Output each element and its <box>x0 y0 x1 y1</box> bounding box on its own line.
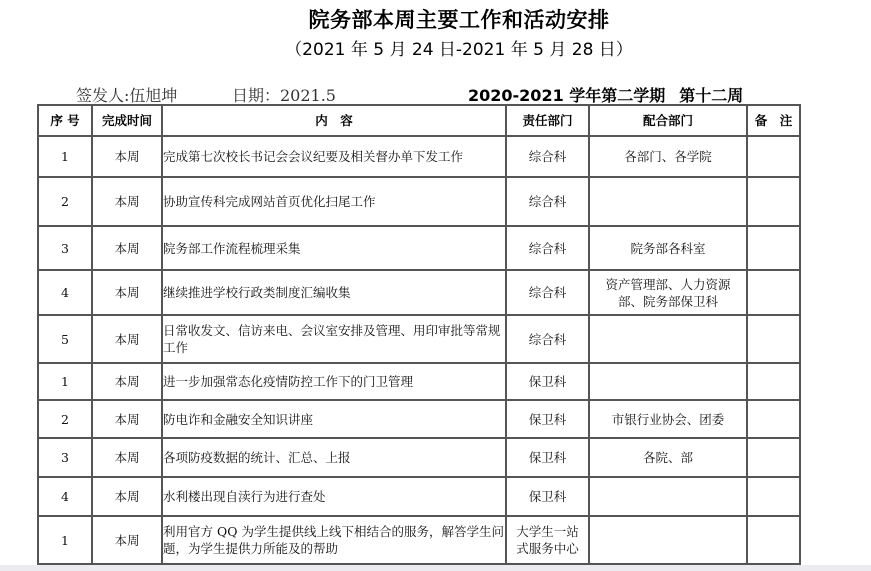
cell-num: 1 <box>38 136 92 177</box>
cell-note <box>747 315 800 363</box>
cell-note <box>747 516 800 564</box>
cell-num: 2 <box>38 400 92 438</box>
header-time: 完成时间 <box>92 105 162 136</box>
cell-coop: 院务部各科室 <box>589 226 747 270</box>
week-label: 第十二周 <box>679 86 743 105</box>
cell-note <box>747 177 800 226</box>
cell-time: 本周 <box>92 438 162 477</box>
cell-content: 进一步加强常态化疫情防控工作下的门卫管理 <box>162 363 506 400</box>
cell-dept: 综合科 <box>506 136 589 177</box>
cell-num: 1 <box>38 363 92 400</box>
table-row: 4 本周 水利楼出现自渎行为进行查处 保卫科 <box>38 477 800 516</box>
cell-coop: 各院、部 <box>589 438 747 477</box>
cell-coop <box>589 363 747 400</box>
cell-time: 本周 <box>92 363 162 400</box>
cell-num: 3 <box>38 226 92 270</box>
cell-note <box>747 270 800 315</box>
cell-num: 2 <box>38 177 92 226</box>
header-note: 备 注 <box>747 105 800 136</box>
document-title: 院务部本周主要工作和活动安排 <box>0 4 871 34</box>
cell-coop <box>589 516 747 564</box>
table-row: 1 本周 完成第七次校长书记会会议纪要及相关督办单下发工作 综合科 各部门、各学… <box>38 136 800 177</box>
cell-note <box>747 363 800 400</box>
table-row: 1 本周 进一步加强常态化疫情防控工作下的门卫管理 保卫科 <box>38 363 800 400</box>
term-week-label: 2020-2021 学年第二学期第十二周 <box>468 83 743 106</box>
cell-content: 协助宣传科完成网站首页优化扫尾工作 <box>162 177 506 226</box>
cell-dept: 综合科 <box>506 270 589 315</box>
term-label: 2020-2021 学年第二学期 <box>468 86 665 105</box>
table-row: 1 本周 利用官方 QQ 为学生提供线上线下相结合的服务，解答学生问题，为学生提… <box>38 516 800 564</box>
cell-content: 利用官方 QQ 为学生提供线上线下相结合的服务，解答学生问题，为学生提供力所能及… <box>162 516 506 564</box>
cell-dept: 综合科 <box>506 315 589 363</box>
cell-coop <box>589 315 747 363</box>
cell-time: 本周 <box>92 516 162 564</box>
cell-note <box>747 400 800 438</box>
cell-coop <box>589 177 747 226</box>
cell-content: 继续推进学校行政类制度汇编收集 <box>162 270 506 315</box>
cell-content: 水利楼出现自渎行为进行查处 <box>162 477 506 516</box>
cell-num: 4 <box>38 270 92 315</box>
cell-coop: 资产管理部、人力资源部、院务部保卫科 <box>589 270 747 315</box>
table-row: 3 本周 院务部工作流程梳理采集 综合科 院务部各科室 <box>38 226 800 270</box>
cell-num: 5 <box>38 315 92 363</box>
cell-coop <box>589 477 747 516</box>
cell-dept: 保卫科 <box>506 400 589 438</box>
cell-time: 本周 <box>92 477 162 516</box>
cell-coop: 市银行业协会、团委 <box>589 400 747 438</box>
cell-time: 本周 <box>92 226 162 270</box>
cell-num: 3 <box>38 438 92 477</box>
cell-time: 本周 <box>92 177 162 226</box>
table-row: 2 本周 协助宣传科完成网站首页优化扫尾工作 综合科 <box>38 177 800 226</box>
cell-note <box>747 477 800 516</box>
table-row: 3 本周 各项防疫数据的统计、汇总、上报 保卫科 各院、部 <box>38 438 800 477</box>
cell-content: 各项防疫数据的统计、汇总、上报 <box>162 438 506 477</box>
cell-dept: 大学生一站式服务中心 <box>506 516 589 564</box>
table-row: 2 本周 防电诈和金融安全知识讲座 保卫科 市银行业协会、团委 <box>38 400 800 438</box>
table-row: 5 本周 日常收发文、信访来电、会议室安排及管理、用印审批等常规工作 综合科 <box>38 315 800 363</box>
cell-time: 本周 <box>92 136 162 177</box>
cell-time: 本周 <box>92 400 162 438</box>
work-schedule-table: 序 号 完成时间 内 容 责任部门 配合部门 备 注 1 本周 完成第七次校长书… <box>37 104 801 565</box>
header-num: 序 号 <box>38 105 92 136</box>
issue-date-label: 日期：2021.5 <box>232 83 336 106</box>
cell-time: 本周 <box>92 315 162 363</box>
cell-note <box>747 226 800 270</box>
cell-content: 完成第七次校长书记会会议纪要及相关督办单下发工作 <box>162 136 506 177</box>
table-header-row: 序 号 完成时间 内 容 责任部门 配合部门 备 注 <box>38 105 800 136</box>
cell-content: 防电诈和金融安全知识讲座 <box>162 400 506 438</box>
cell-dept: 综合科 <box>506 177 589 226</box>
cell-coop: 各部门、各学院 <box>589 136 747 177</box>
header-content: 内 容 <box>162 105 506 136</box>
cell-dept: 保卫科 <box>506 477 589 516</box>
cell-dept: 综合科 <box>506 226 589 270</box>
signer-label: 签发人:伍旭坤 <box>76 83 177 106</box>
cell-note <box>747 136 800 177</box>
header-coop: 配合部门 <box>589 105 747 136</box>
date-range-subtitle: （2021 年 5 月 24 日-2021 年 5 月 28 日） <box>0 35 871 60</box>
cell-num: 4 <box>38 477 92 516</box>
cell-dept: 保卫科 <box>506 363 589 400</box>
cell-content: 院务部工作流程梳理采集 <box>162 226 506 270</box>
cell-dept: 保卫科 <box>506 438 589 477</box>
cell-content: 日常收发文、信访来电、会议室安排及管理、用印审批等常规工作 <box>162 315 506 363</box>
cell-num: 1 <box>38 516 92 564</box>
cell-note <box>747 438 800 477</box>
cell-time: 本周 <box>92 270 162 315</box>
page-bottom-edge <box>0 565 871 571</box>
header-dept: 责任部门 <box>506 105 589 136</box>
table-row: 4 本周 继续推进学校行政类制度汇编收集 综合科 资产管理部、人力资源部、院务部… <box>38 270 800 315</box>
